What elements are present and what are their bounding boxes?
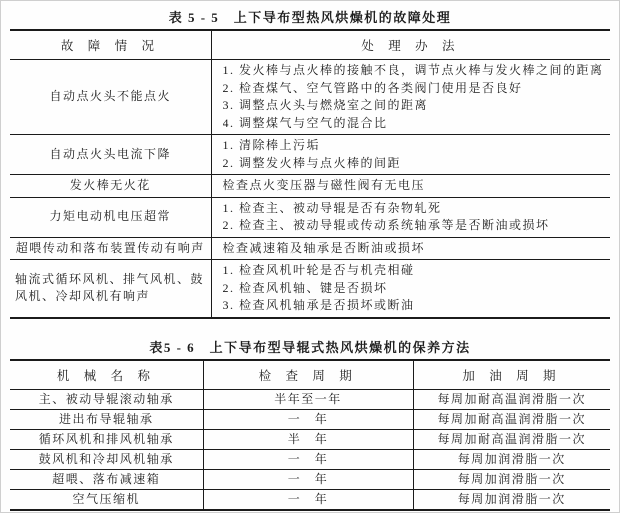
method-item: 1. 检查主、被动导辊是否有杂物轧死 xyxy=(223,200,605,218)
check-period-cell: 半 年 xyxy=(203,429,413,449)
table-row: 自动点火头不能点火 1. 发火棒与点火棒的接触不良，调节点火棒与发火棒之间的距离… xyxy=(10,60,610,135)
fault-column-header: 故 障 情 况 xyxy=(10,30,211,60)
document-page: 表 5 - 5 上下导布型热风烘燥机的故障处理 故 障 情 况 处 理 办 法 … xyxy=(0,0,620,513)
fault-cell: 自动点火头电流下降 xyxy=(10,135,211,175)
method-item: 2. 检查主、被动导辊或传动系统轴承等是否断油或损坏 xyxy=(223,217,605,235)
method-item: 检查点火变压器与磁性阀有无电压 xyxy=(223,177,605,195)
table-row: 超喂传动和落布装置传动有响声 检查减速箱及轴承是否断油或损坏 xyxy=(10,237,610,260)
method-cell: 1. 检查主、被动导辊是否有杂物轧死 2. 检查主、被动导辊或传动系统轴承等是否… xyxy=(211,197,610,237)
machine-cell: 空气压缩机 xyxy=(10,489,203,510)
table-row: 轴流式循环风机、排气风机、鼓风机、冷却风机有响声 1. 检查风机叶轮是否与机壳相… xyxy=(10,260,610,318)
oil-period-column-header: 加 油 周 期 xyxy=(413,360,610,390)
check-period-cell: 一 年 xyxy=(203,489,413,510)
machine-cell: 鼓风机和冷却风机轴承 xyxy=(10,449,203,469)
check-period-cell: 半年至一年 xyxy=(203,389,413,409)
method-item: 1. 清除棒上污垢 xyxy=(223,137,605,155)
check-period-cell: 一 年 xyxy=(203,409,413,429)
fault-cell: 超喂传动和落布装置传动有响声 xyxy=(10,237,211,260)
machine-cell: 超喂、落布减速箱 xyxy=(10,469,203,489)
method-column-header: 处 理 办 法 xyxy=(211,30,610,60)
machine-column-header: 机 械 名 称 xyxy=(10,360,203,390)
oil-period-cell: 每周加耐高温润滑脂一次 xyxy=(413,389,610,409)
method-cell: 检查点火变压器与磁性阀有无电压 xyxy=(211,175,610,198)
method-item: 1. 检查风机叶轮是否与机壳相碰 xyxy=(223,262,605,280)
table-row: 进出布导辊轴承 一 年 每周加耐高温润滑脂一次 xyxy=(10,409,610,429)
maintenance-table-header-row: 机 械 名 称 检 查 周 期 加 油 周 期 xyxy=(10,360,610,390)
check-period-cell: 一 年 xyxy=(203,449,413,469)
method-item: 2. 检查风机轴、键是否损坏 xyxy=(223,280,605,298)
oil-period-cell: 每周加润滑脂一次 xyxy=(413,489,610,510)
table-row: 空气压缩机 一 年 每周加润滑脂一次 xyxy=(10,489,610,510)
maintenance-table: 机 械 名 称 检 查 周 期 加 油 周 期 主、被动导辊滚动轴承 半年至一年… xyxy=(10,359,610,511)
method-item: 3. 检查风机轴承是否损坏或断油 xyxy=(223,297,605,315)
fault-cell: 力矩电动机电压超常 xyxy=(10,197,211,237)
fault-cell: 发火棒无火花 xyxy=(10,175,211,198)
table-row: 发火棒无火花 检查点火变压器与磁性阀有无电压 xyxy=(10,175,610,198)
method-item: 4. 调整煤气与空气的混合比 xyxy=(223,115,605,133)
table-row: 自动点火头电流下降 1. 清除棒上污垢 2. 调整发火棒与点火棒的间距 xyxy=(10,135,610,175)
method-cell: 1. 检查风机叶轮是否与机壳相碰 2. 检查风机轴、键是否损坏 3. 检查风机轴… xyxy=(211,260,610,318)
check-period-cell: 一 年 xyxy=(203,469,413,489)
method-item: 1. 发火棒与点火棒的接触不良，调节点火棒与发火棒之间的距离为 3 ~5mm xyxy=(223,62,605,80)
maintenance-table-title: 表5 - 6 上下导布型导辊式热风烘燥机的保养方法 xyxy=(1,319,619,357)
oil-period-cell: 每周加润滑脂一次 xyxy=(413,449,610,469)
fault-table: 故 障 情 况 处 理 办 法 自动点火头不能点火 1. 发火棒与点火棒的接触不… xyxy=(10,29,610,319)
fault-table-header-row: 故 障 情 况 处 理 办 法 xyxy=(10,30,610,60)
oil-period-cell: 每周加耐高温润滑脂一次 xyxy=(413,409,610,429)
method-item: 2. 检查煤气、空气管路中的各类阀门使用是否良好 xyxy=(223,80,605,98)
oil-period-cell: 每周加耐高温润滑脂一次 xyxy=(413,429,610,449)
check-period-column-header: 检 查 周 期 xyxy=(203,360,413,390)
machine-cell: 循环风机和排风机轴承 xyxy=(10,429,203,449)
fault-cell: 轴流式循环风机、排气风机、鼓风机、冷却风机有响声 xyxy=(10,260,211,318)
machine-cell: 主、被动导辊滚动轴承 xyxy=(10,389,203,409)
machine-cell: 进出布导辊轴承 xyxy=(10,409,203,429)
table-row: 主、被动导辊滚动轴承 半年至一年 每周加耐高温润滑脂一次 xyxy=(10,389,610,409)
method-cell: 1. 发火棒与点火棒的接触不良，调节点火棒与发火棒之间的距离为 3 ~5mm 2… xyxy=(211,60,610,135)
table-row: 力矩电动机电压超常 1. 检查主、被动导辊是否有杂物轧死 2. 检查主、被动导辊… xyxy=(10,197,610,237)
fault-table-title: 表 5 - 5 上下导布型热风烘燥机的故障处理 xyxy=(1,1,619,27)
method-cell: 1. 清除棒上污垢 2. 调整发火棒与点火棒的间距 xyxy=(211,135,610,175)
method-item: 2. 调整发火棒与点火棒的间距 xyxy=(223,155,605,173)
table-row: 循环风机和排风机轴承 半 年 每周加耐高温润滑脂一次 xyxy=(10,429,610,449)
method-cell: 检查减速箱及轴承是否断油或损坏 xyxy=(211,237,610,260)
oil-period-cell: 每周加润滑脂一次 xyxy=(413,469,610,489)
method-item: 检查减速箱及轴承是否断油或损坏 xyxy=(223,240,605,258)
table-row: 鼓风机和冷却风机轴承 一 年 每周加润滑脂一次 xyxy=(10,449,610,469)
method-item: 3. 调整点火头与燃烧室之间的距离 xyxy=(223,97,605,115)
fault-cell: 自动点火头不能点火 xyxy=(10,60,211,135)
table-row: 超喂、落布减速箱 一 年 每周加润滑脂一次 xyxy=(10,469,610,489)
